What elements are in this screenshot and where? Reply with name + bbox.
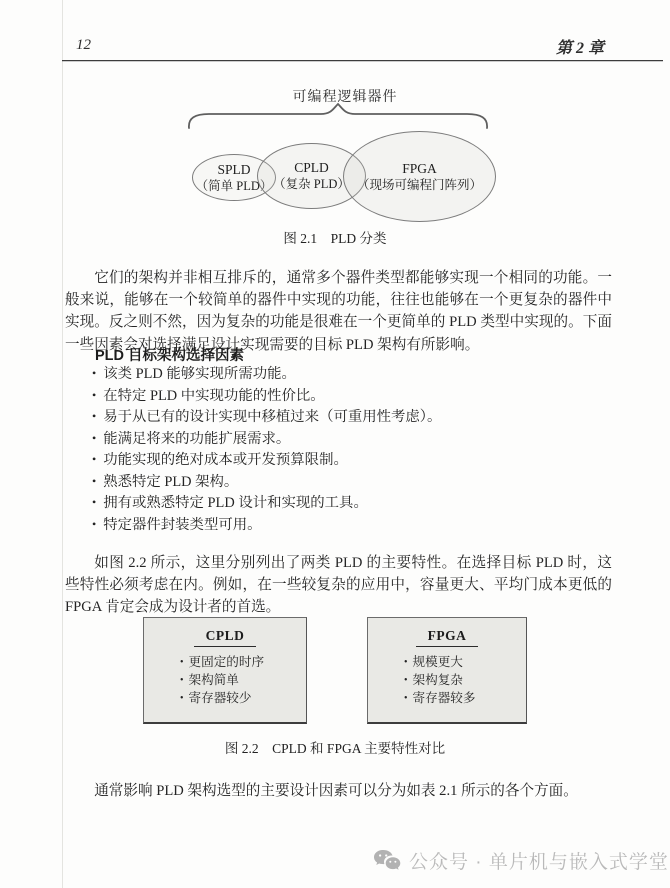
box-list-item: 架构复杂 (404, 672, 526, 690)
fpga-characteristics-box: FPGA 规模更大 架构复杂 寄存器较多 (367, 617, 527, 724)
ellipse-fpga: FPGA （现场可编程门阵列） (343, 131, 496, 222)
fpga-box-list: 规模更大 架构复杂 寄存器较多 (404, 654, 526, 708)
section-heading-selection-factors: PLD 目标架构选择因素 (95, 344, 244, 365)
figure-cpld-fpga-comparison: CPLD 更固定的时序 架构简单 寄存器较少 FPGA 规模更大 架构复杂 寄存… (0, 617, 670, 757)
brace-icon (183, 102, 493, 134)
cpld-box-title: CPLD (194, 628, 257, 647)
chapter-label: 第 2 章 (556, 35, 604, 58)
factor-list: 该类 PLD 能够实现所需功能。 在特定 PLD 中实现功能的性价比。 易于从已… (92, 364, 612, 536)
box-list-item: 更固定的时序 (180, 654, 306, 672)
ellipse-cpld-name: CPLD (294, 159, 329, 176)
list-item: 拥有或熟悉特定 PLD 设计和实现的工具。 (92, 493, 612, 515)
list-item: 功能实现的绝对成本或开发预算限制。 (92, 450, 612, 472)
ellipse-fpga-subtitle: （现场可编程门阵列） (357, 177, 482, 194)
watermark-text: 公众号 · 单片机与嵌入式学堂 (409, 847, 669, 874)
box-list-item: 规模更大 (404, 654, 526, 672)
box-list-item: 寄存器较少 (180, 690, 306, 708)
box-list-item: 架构简单 (180, 672, 306, 690)
list-item: 该类 PLD 能够实现所需功能。 (92, 364, 612, 386)
ellipse-spld-name: SPLD (217, 161, 250, 178)
document-page: 12 第 2 章 可编程逻辑器件 SPLD （简单 PLD） CPLD （复杂 … (0, 0, 670, 888)
header-rule (62, 60, 663, 61)
watermark: 公众号 · 单片机与嵌入式学堂 (373, 847, 669, 874)
cpld-box-list: 更固定的时序 架构简单 寄存器较少 (180, 654, 306, 708)
list-item: 熟悉特定 PLD 架构。 (92, 472, 612, 494)
paragraph-table-2-1-intro: 通常影响 PLD 架构选型的主要设计因素可以分为如表 2.1 所示的各个方面。 (65, 780, 612, 802)
paragraph-architectures: 它们的架构并非相互排斥的，通常多个器件类型都能够实现一个相同的功能。一般来说，能… (65, 267, 612, 357)
fpga-box-title: FPGA (416, 628, 479, 647)
ellipse-cpld-subtitle: （复杂 PLD） (273, 176, 350, 193)
box-list-item: 寄存器较多 (404, 690, 526, 708)
figure-pld-classification: 可编程逻辑器件 SPLD （简单 PLD） CPLD （复杂 PLD） FPGA… (0, 85, 670, 250)
wechat-icon (373, 849, 401, 873)
figure-2-2-caption: 图 2.2 CPLD 和 FPGA 主要特性对比 (0, 737, 670, 757)
list-item: 能满足将来的功能扩展需求。 (92, 429, 612, 451)
figure-2-1-caption: 图 2.1 PLD 分类 (0, 227, 670, 247)
page-number: 12 (76, 37, 91, 54)
list-item: 易于从已有的设计实现中移植过来（可重用性考虑）。 (92, 407, 612, 429)
list-item: 特定器件封装类型可用。 (92, 515, 612, 537)
list-item: 在特定 PLD 中实现功能的性价比。 (92, 386, 612, 408)
cpld-characteristics-box: CPLD 更固定的时序 架构简单 寄存器较少 (143, 617, 307, 724)
ellipse-fpga-name: FPGA (402, 160, 437, 177)
paragraph-figure-2-2-intro: 如图 2.2 所示，这里分别列出了两类 PLD 的主要特性。在选择目标 PLD … (65, 552, 612, 619)
